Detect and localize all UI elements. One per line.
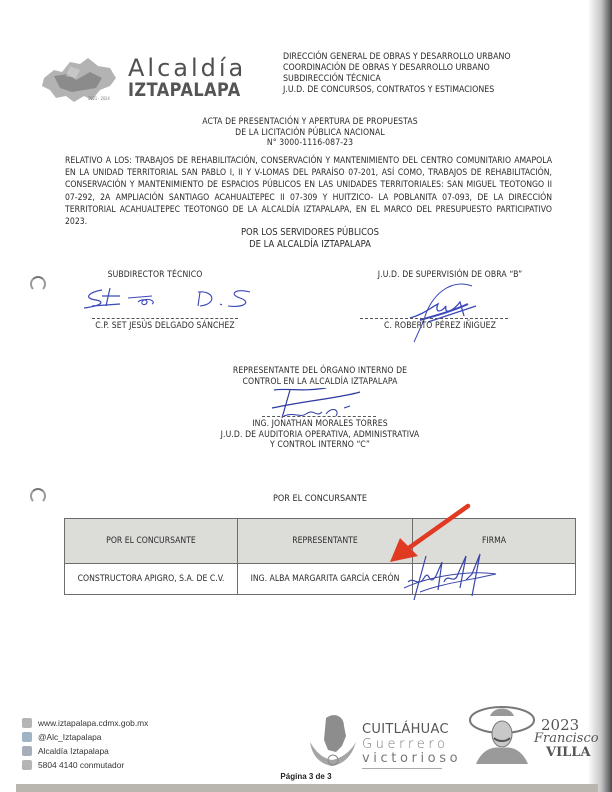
guerrero-text: Guerrero <box>362 737 449 752</box>
contact-phone: 5804 4140 conmutador <box>22 758 148 772</box>
oic-title-line: J.U.D. DE AUDITORIA OPERATIVA, ADMINISTR… <box>180 430 460 441</box>
logo-iztapalapa-text: IZTAPALAPA <box>128 79 241 101</box>
logo-alcaldia-text: Alcaldía <box>128 54 246 82</box>
sig-right-name: C. ROBERTO PÉREZ IÑIGUEZ <box>340 321 540 332</box>
title-line: DE LA LICITACIÓN PÚBLICA NACIONAL <box>160 128 460 139</box>
logo-years: 2021 · 2024 <box>88 96 110 101</box>
villa-surname: VILLA <box>546 745 591 760</box>
footer-contacts: www.iztapalapa.cdmx.gob.mx @Alc_Iztapala… <box>22 716 148 772</box>
servidores-heading: POR LOS SERVIDORES PÚBLICOS DE LA ALCALD… <box>160 227 460 251</box>
contact-text: 5804 4140 conmutador <box>38 760 124 770</box>
cuitlahuac-text: CUITLÁHUAC <box>362 722 449 737</box>
oic-role-line: CONTROL EN LA ALCALDÍA IZTAPALAPA <box>200 377 440 388</box>
oic-role: REPRESENTANTE DEL ÓRGANO INTERNO DE CONT… <box>200 366 440 387</box>
scan-shadow-edge <box>588 0 612 792</box>
victorioso-text: victorioso <box>362 751 461 766</box>
signature-line <box>92 318 238 319</box>
title-line: ACTA DE PRESENTACIÓN Y APERTURA DE PROPU… <box>160 117 460 128</box>
oic-title-line: Y CONTROL INTERNO “C” <box>180 440 460 451</box>
relativo-paragraph: RELATIVO A LOS: TRABAJOS DE REHABILITACI… <box>65 155 552 228</box>
web-icon <box>22 718 32 728</box>
signature-delgado <box>80 284 260 312</box>
twitter-icon <box>22 732 32 742</box>
oic-name: ING. JONATHAN MORALES TORRES <box>180 419 460 430</box>
sig-left-name: C.P. SET JESÚS DELGADO SÁNCHEZ <box>60 321 270 332</box>
signature-line <box>360 318 508 319</box>
representative-cell: ING. ALBA MARGARITA GARCÍA CERÓN <box>238 564 413 595</box>
column-header: POR EL CONCURSANTE <box>65 519 238 564</box>
contact-text: www.iztapalapa.cdmx.gob.mx <box>38 718 148 728</box>
punch-hole-mark <box>30 488 46 504</box>
oic-name-block: ING. JONATHAN MORALES TORRES J.U.D. DE A… <box>180 419 460 451</box>
footer-band <box>16 784 598 792</box>
phone-icon <box>22 760 32 770</box>
document-title: ACTA DE PRESENTACIÓN Y APERTURA DE PROPU… <box>160 117 460 149</box>
header-line: COORDINACIÓN DE OBRAS Y DESARROLLO URBAN… <box>283 63 511 74</box>
signature-line <box>262 416 376 417</box>
contact-facebook: Alcaldía Iztapalapa <box>22 744 148 758</box>
company-cell: CONSTRUCTORA APIGRO, S.A. DE C.V. <box>65 564 238 595</box>
cuitlahuac-emblem-icon <box>306 712 360 768</box>
villa-name: Francisco <box>534 731 599 746</box>
contact-text: @Alc_Iztapalapa <box>38 732 101 742</box>
contact-web: www.iztapalapa.cdmx.gob.mx <box>22 716 148 730</box>
bid-number: N° 3000-1116-087-23 <box>160 138 460 149</box>
header-line: J.U.D. DE CONCURSOS, CONTRATOS Y ESTIMAC… <box>283 85 511 96</box>
contact-twitter: @Alc_Iztapalapa <box>22 730 148 744</box>
red-arrow-annotation <box>386 500 476 564</box>
punch-hole-mark <box>30 276 46 292</box>
servidores-heading-line: DE LA ALCALDÍA IZTAPALAPA <box>160 239 460 251</box>
header-line: SUBDIRECCIÓN TÉCNICA <box>283 74 511 85</box>
page-number: Página 3 de 3 <box>0 772 612 781</box>
contact-text: Alcaldía Iztapalapa <box>38 746 109 756</box>
header-line: DIRECCIÓN GENERAL DE OBRAS Y DESARROLLO … <box>283 52 511 63</box>
header-departments: DIRECCIÓN GENERAL DE OBRAS Y DESARROLLO … <box>283 52 511 96</box>
sig-left-role: SUBDIRECTOR TÉCNICO <box>60 270 250 281</box>
divider <box>362 768 442 769</box>
oic-role-line: REPRESENTANTE DEL ÓRGANO INTERNO DE <box>200 366 440 377</box>
servidores-heading-line: POR LOS SERVIDORES PÚBLICOS <box>160 227 460 239</box>
signature-perez <box>380 276 520 344</box>
facebook-icon <box>22 746 32 756</box>
francisco-villa-portrait-icon <box>468 704 536 766</box>
